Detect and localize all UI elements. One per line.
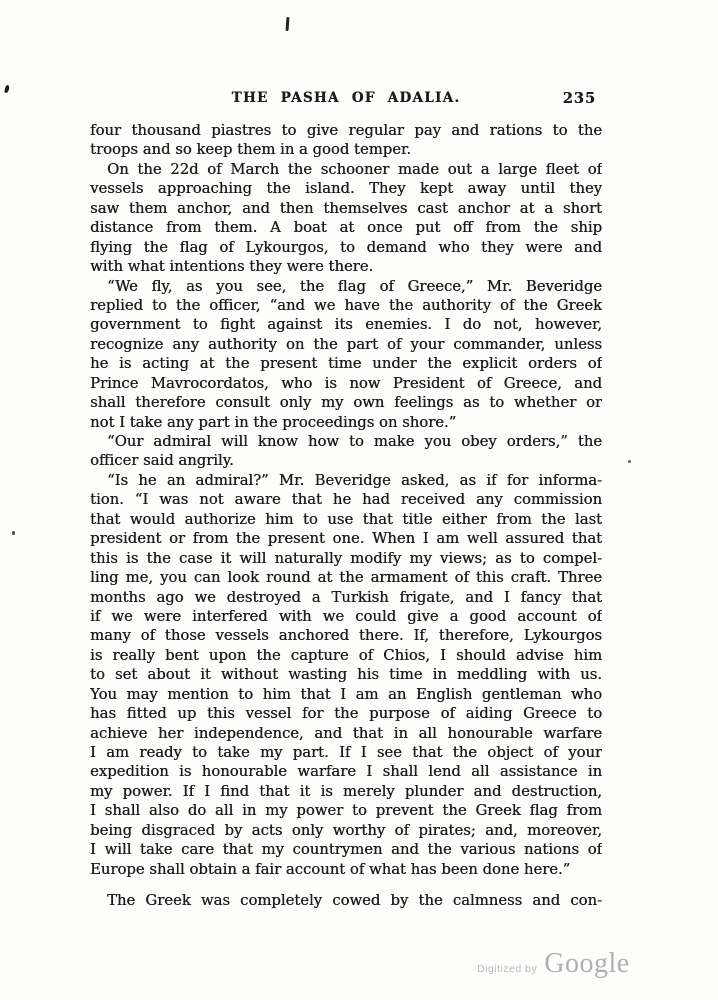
text-line: ling me, you can look round at the armam… <box>90 568 602 587</box>
text-line: vessels approaching the island. They kep… <box>90 179 602 198</box>
text-line: months ago we destroyed a Turkish frigat… <box>90 588 602 607</box>
text-line: replied to the officer, “and we have the… <box>90 296 602 315</box>
text-line: Europe shall obtain a fair account of wh… <box>90 860 602 879</box>
text-line: many of those vessels anchored there. If… <box>90 626 602 645</box>
ink-mark-right-dot <box>628 460 631 463</box>
ink-mark-left-comma <box>4 85 10 94</box>
text-line: expedition is honourable warfare I shall… <box>90 762 602 781</box>
text-line: You may mention to him that I am an Engl… <box>90 685 602 704</box>
text-line: “Our admiral will know how to make you o… <box>90 432 602 451</box>
body-text: four thousand piastres to give regular p… <box>90 121 602 911</box>
text-line: tion. “I was not aware that he had recei… <box>90 490 602 509</box>
paragraph: “We fly, as you see, the flag of Greece,… <box>90 277 602 433</box>
text-line: I will take care that my countrymen and … <box>90 840 602 859</box>
text-line: not I take any part in the proceedings o… <box>90 413 602 432</box>
paragraph: “Is he an admiral?” Mr. Beveridge asked,… <box>90 471 602 879</box>
paragraph: “Our admiral will know how to make you o… <box>90 432 602 471</box>
google-logo: Google <box>544 948 629 980</box>
text-line: saw them anchor, and then themselves cas… <box>90 199 602 218</box>
text-line: with what intentions they were there. <box>90 257 602 276</box>
text-line: government to fight against its enemies.… <box>90 315 602 334</box>
text-line: “We fly, as you see, the flag of Greece,… <box>90 277 602 296</box>
text-line: I am ready to take my part. If I see tha… <box>90 743 602 762</box>
paragraph: four thousand piastres to give regular p… <box>90 121 602 160</box>
text-line: has fitted up this vessel for the purpos… <box>90 704 602 723</box>
ink-mark-left-dot <box>12 531 15 535</box>
text-line: distance from them. A boat at once put o… <box>90 218 602 237</box>
text-line: flying the flag of Lykourgos, to demand … <box>90 238 602 257</box>
scanned-book-page: THE PASHA OF ADALIA. 235 four thousand p… <box>0 0 718 1000</box>
text-line: if we were interfered with we could give… <box>90 607 602 626</box>
text-line: shall therefore consult only my own feel… <box>90 393 602 412</box>
ink-mark-top-tick <box>286 17 290 31</box>
text-line: president or from the present one. When … <box>90 529 602 548</box>
text-line: is really bent upon the capture of Chios… <box>90 646 602 665</box>
text-line: four thousand piastres to give regular p… <box>90 121 602 140</box>
text-line: that would authorize him to use that tit… <box>90 510 602 529</box>
text-line: achieve her independence, and that in al… <box>90 724 602 743</box>
page-title: THE PASHA OF ADALIA. <box>90 90 602 106</box>
text-line: my power. If I find that it is merely pl… <box>90 782 602 801</box>
text-line: to set about it without wasting his time… <box>90 665 602 684</box>
text-line: recognize any authority on the part of y… <box>90 335 602 354</box>
google-watermark: Digitized by Google <box>477 948 630 980</box>
text-line: I shall also do all in my power to preve… <box>90 801 602 820</box>
text-line: being disgraced by acts only worthy of p… <box>90 821 602 840</box>
running-head: THE PASHA OF ADALIA. 235 <box>90 90 602 108</box>
text-line: troops and so keep them in a good temper… <box>90 140 602 159</box>
page-number: 235 <box>563 90 596 107</box>
digitized-by-label: Digitized by <box>477 963 537 975</box>
text-line: officer said angrily. <box>90 451 602 470</box>
text-line: On the 22d of March the schooner made ou… <box>90 160 602 179</box>
text-line: Prince Mavrocordatos, who is now Preside… <box>90 374 602 393</box>
text-line: this is the case it will naturally modif… <box>90 549 602 568</box>
text-line: “Is he an admiral?” Mr. Beveridge asked,… <box>90 471 602 490</box>
paragraph: The Greek was completely cowed by the ca… <box>90 891 602 910</box>
paragraph: On the 22d of March the schooner made ou… <box>90 160 602 277</box>
text-line: The Greek was completely cowed by the ca… <box>90 891 602 910</box>
text-line: he is acting at the present time under t… <box>90 354 602 373</box>
